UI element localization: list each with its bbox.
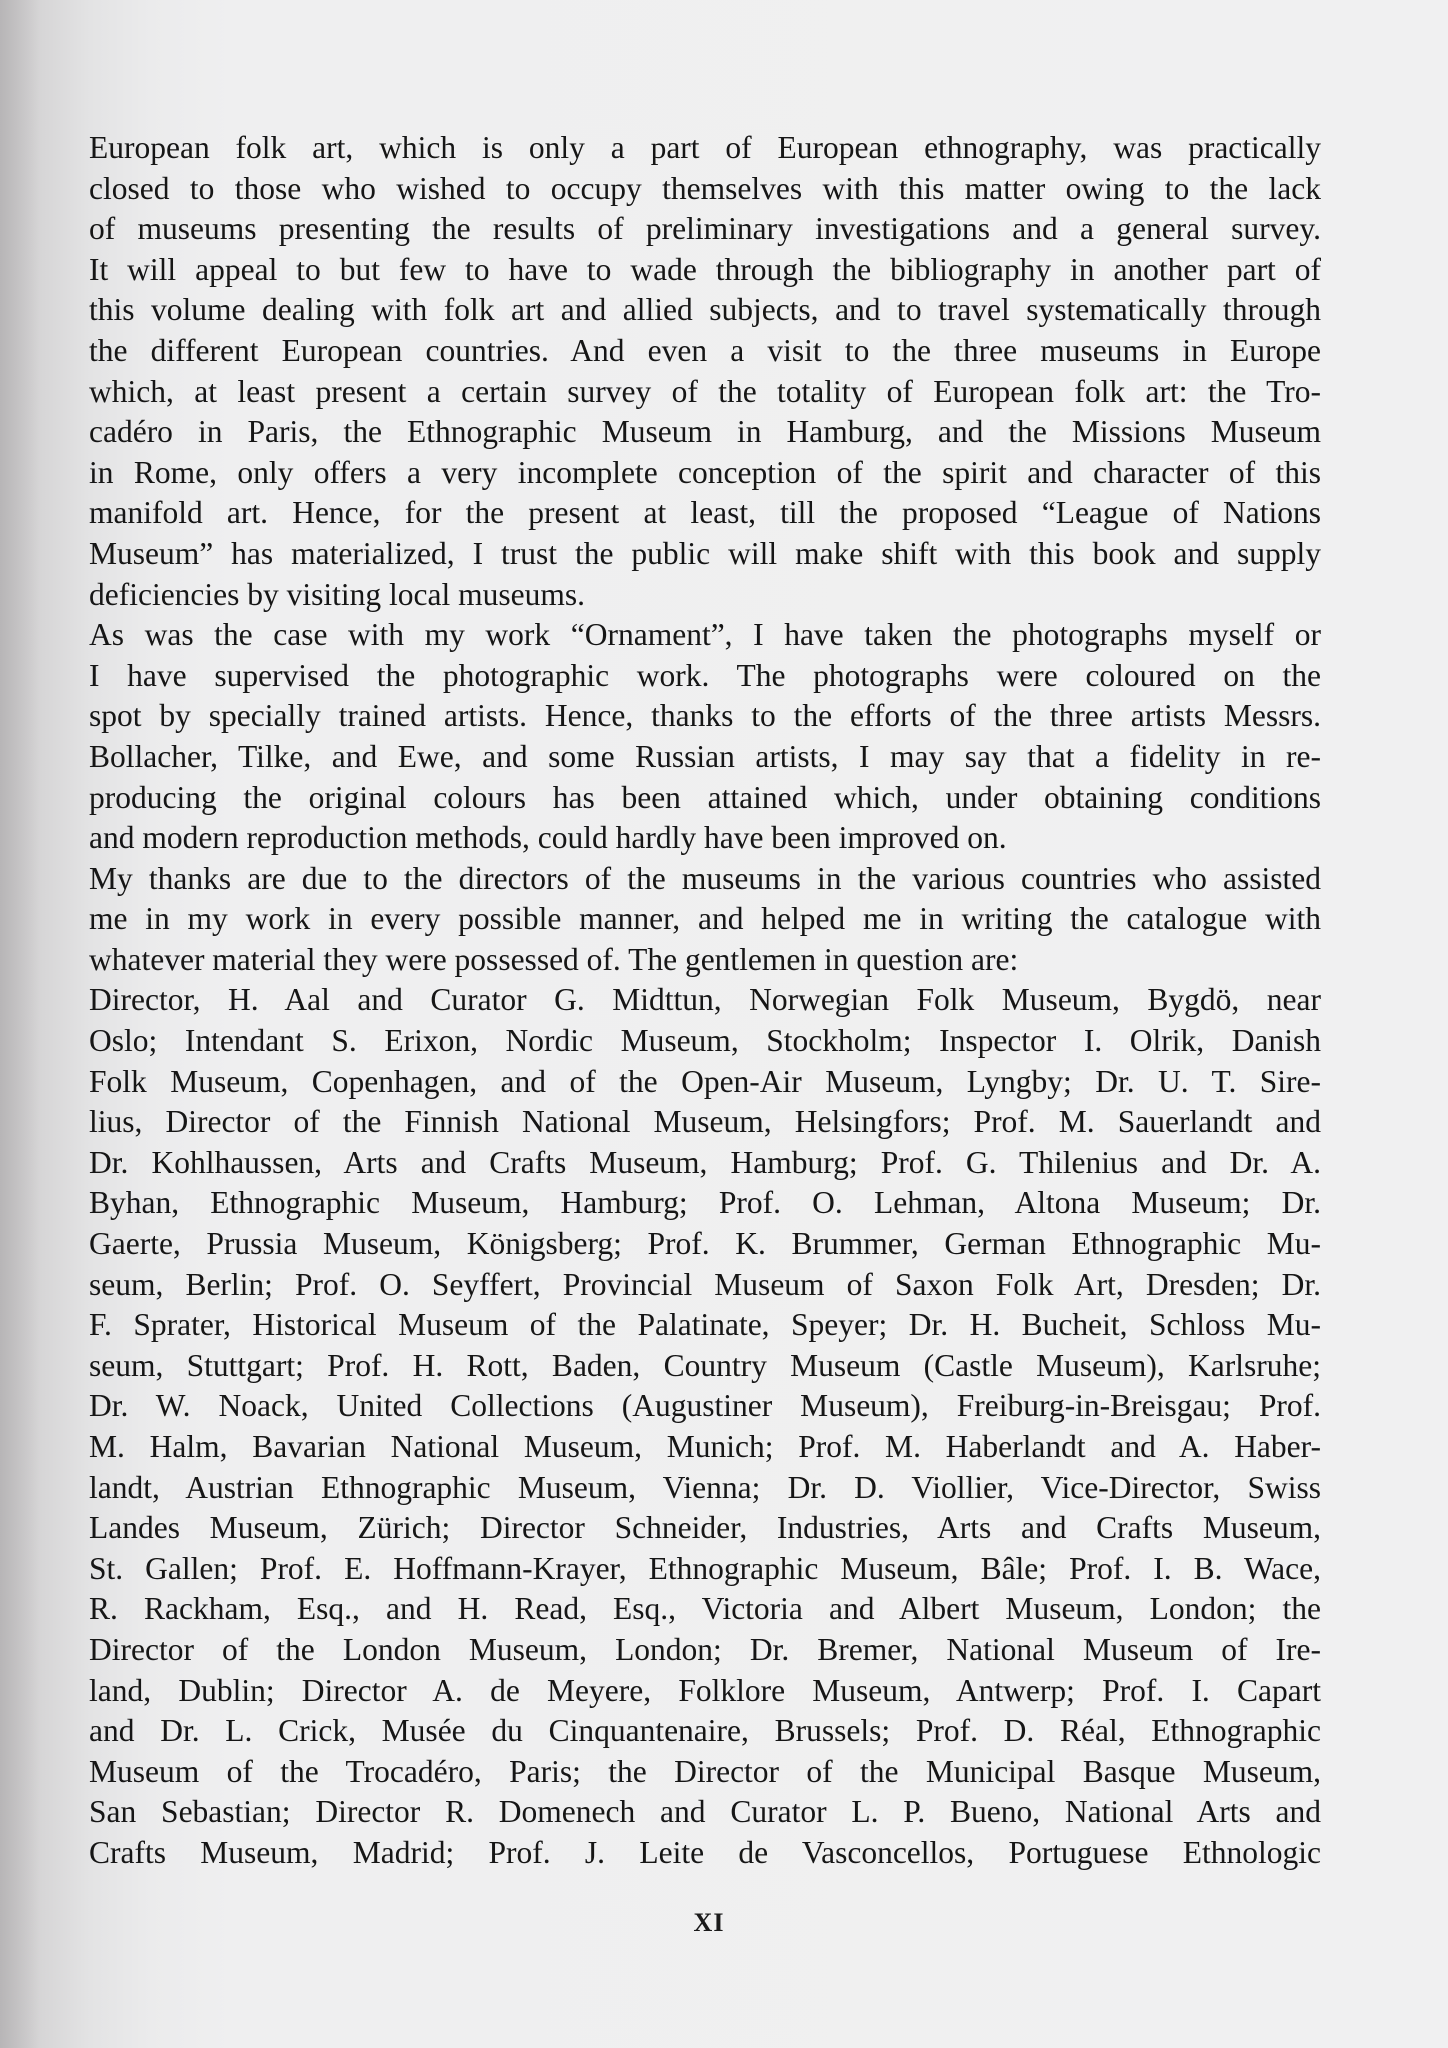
- book-page: European folk art, which is only a part …: [0, 0, 1448, 2048]
- paragraph-intro: European folk art, which is only a part …: [89, 128, 1321, 615]
- text-line: St. Gallen; Prof. E. Hoffmann-Krayer, Et…: [89, 1549, 1321, 1590]
- text-line: R. Rackham, Esq., and H. Read, Esq., Vic…: [89, 1589, 1321, 1630]
- text-line: Folk Museum, Copenhagen, and of the Open…: [89, 1062, 1321, 1103]
- body-text: European folk art, which is only a part …: [89, 128, 1321, 1874]
- page-number: XI: [0, 1908, 1418, 1938]
- text-line: Museum” has materialized, I trust the pu…: [89, 534, 1321, 575]
- text-line: spot by specially trained artists. Hence…: [89, 696, 1321, 737]
- text-line: Bollacher, Tilke, and Ewe, and some Russ…: [89, 737, 1321, 778]
- text-line: in Rome, only offers a very incomplete c…: [89, 453, 1321, 494]
- text-line: land, Dublin; Director A. de Meyere, Fol…: [89, 1671, 1321, 1712]
- text-line: of museums presenting the results of pre…: [89, 209, 1321, 250]
- text-line: landt, Austrian Ethnographic Museum, Vie…: [89, 1468, 1321, 1509]
- text-line: seum, Berlin; Prof. O. Seyffert, Provinc…: [89, 1265, 1321, 1306]
- text-line: manifold art. Hence, for the present at …: [89, 493, 1321, 534]
- text-line: Dr. W. Noack, United Collections (August…: [89, 1386, 1321, 1427]
- text-line: Landes Museum, Zürich; Director Schneide…: [89, 1508, 1321, 1549]
- text-line: F. Sprater, Historical Museum of the Pal…: [89, 1305, 1321, 1346]
- text-line: As was the case with my work “Ornament”,…: [89, 615, 1321, 656]
- text-line: It will appeal to but few to have to wad…: [89, 250, 1321, 291]
- paragraph-thanks: My thanks are due to the directors of th…: [89, 859, 1321, 981]
- text-line: Director of the London Museum, London; D…: [89, 1630, 1321, 1671]
- text-line: Dr. Kohlhaussen, Arts and Crafts Museum,…: [89, 1143, 1321, 1184]
- text-line: M. Halm, Bavarian National Museum, Munic…: [89, 1427, 1321, 1468]
- paragraph-acknowledgement-list: Director, H. Aal and Curator G. Midttun,…: [89, 980, 1321, 1873]
- text-line: deficiencies by visiting local museums.: [89, 575, 1321, 616]
- text-line: the different European countries. And ev…: [89, 331, 1321, 372]
- text-line: which, at least present a certain survey…: [89, 372, 1321, 413]
- text-line: I have supervised the photographic work.…: [89, 656, 1321, 697]
- text-line: whatever material they were possessed of…: [89, 940, 1321, 981]
- text-line: seum, Stuttgart; Prof. H. Rott, Baden, C…: [89, 1346, 1321, 1387]
- text-line: European folk art, which is only a part …: [89, 128, 1321, 169]
- text-line: closed to those who wished to occupy the…: [89, 169, 1321, 210]
- text-line: Crafts Museum, Madrid; Prof. J. Leite de…: [89, 1833, 1321, 1874]
- text-line: this volume dealing with folk art and al…: [89, 290, 1321, 331]
- text-line: and modern reproduction methods, could h…: [89, 818, 1321, 859]
- text-line: My thanks are due to the directors of th…: [89, 859, 1321, 900]
- text-line: cadéro in Paris, the Ethnographic Museum…: [89, 412, 1321, 453]
- text-line: producing the original colours has been …: [89, 778, 1321, 819]
- text-line: Oslo; Intendant S. Erixon, Nordic Museum…: [89, 1021, 1321, 1062]
- paragraph-photographs: As was the case with my work “Ornament”,…: [89, 615, 1321, 859]
- text-line: Museum of the Trocadéro, Paris; the Dire…: [89, 1752, 1321, 1793]
- text-line: lius, Director of the Finnish National M…: [89, 1102, 1321, 1143]
- text-line: me in my work in every possible manner, …: [89, 899, 1321, 940]
- text-line: Byhan, Ethnographic Museum, Hamburg; Pro…: [89, 1183, 1321, 1224]
- text-line: San Sebastian; Director R. Domenech and …: [89, 1792, 1321, 1833]
- text-line: and Dr. L. Crick, Musée du Cinquantenair…: [89, 1711, 1321, 1752]
- text-line: Gaerte, Prussia Museum, Königsberg; Prof…: [89, 1224, 1321, 1265]
- text-line: Director, H. Aal and Curator G. Midttun,…: [89, 980, 1321, 1021]
- gutter-shadow: [0, 0, 40, 2048]
